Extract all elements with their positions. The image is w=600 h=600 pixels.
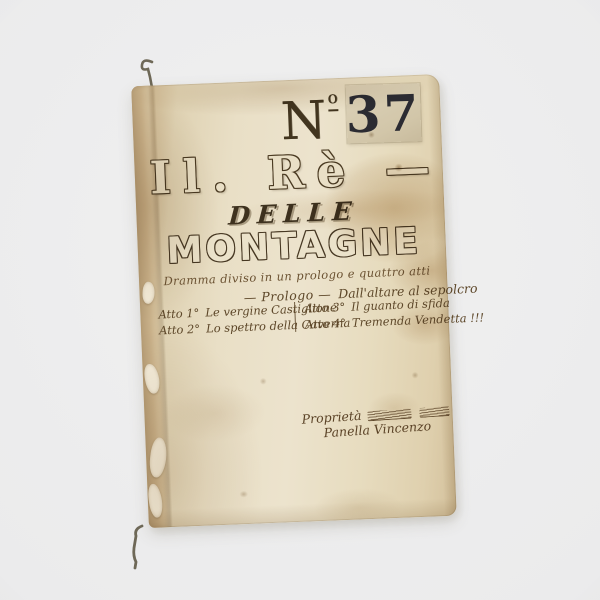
struck-out-scribble — [419, 405, 450, 417]
number-prefix: No — [280, 90, 340, 148]
act-label: Atto 2° — [159, 322, 201, 338]
number-value: 37 — [345, 83, 422, 144]
ownership-signature: Proprietà Panella Vincenzo — [296, 402, 458, 443]
acts-list: Atto 1°Le vergine Castiglione Atto 2°Lo … — [158, 296, 441, 337]
number-ordinal: o — [327, 88, 338, 111]
binding-wire-bottom — [124, 524, 150, 570]
number-letter: N — [280, 91, 328, 153]
number-label: 37 — [346, 83, 422, 143]
act-title: Tremenda Vendetta !!! — [352, 310, 485, 329]
title-il-re: Il. Rè — — [134, 144, 444, 201]
act-label: Atto 3° — [304, 300, 346, 316]
act-row: Atto 2°Lo spettro della Caverna — [159, 318, 295, 337]
acts-column-left: Atto 1°Le vergine Castiglione Atto 2°Lo … — [158, 302, 295, 337]
booklet-cover: No 37 Il. Rè — DELLE MONTAGNE Dramma div… — [131, 74, 456, 528]
act-title: Il guanto di sfida — [351, 296, 450, 314]
acts-column-right: Atto 3°Il guanto di sfida Atto 4°Tremend… — [294, 294, 484, 332]
photo-backdrop: No 37 Il. Rè — DELLE MONTAGNE Dramma div… — [0, 0, 600, 600]
act-label: Atto 4° — [305, 316, 347, 332]
act-label: Atto 1° — [158, 306, 200, 322]
